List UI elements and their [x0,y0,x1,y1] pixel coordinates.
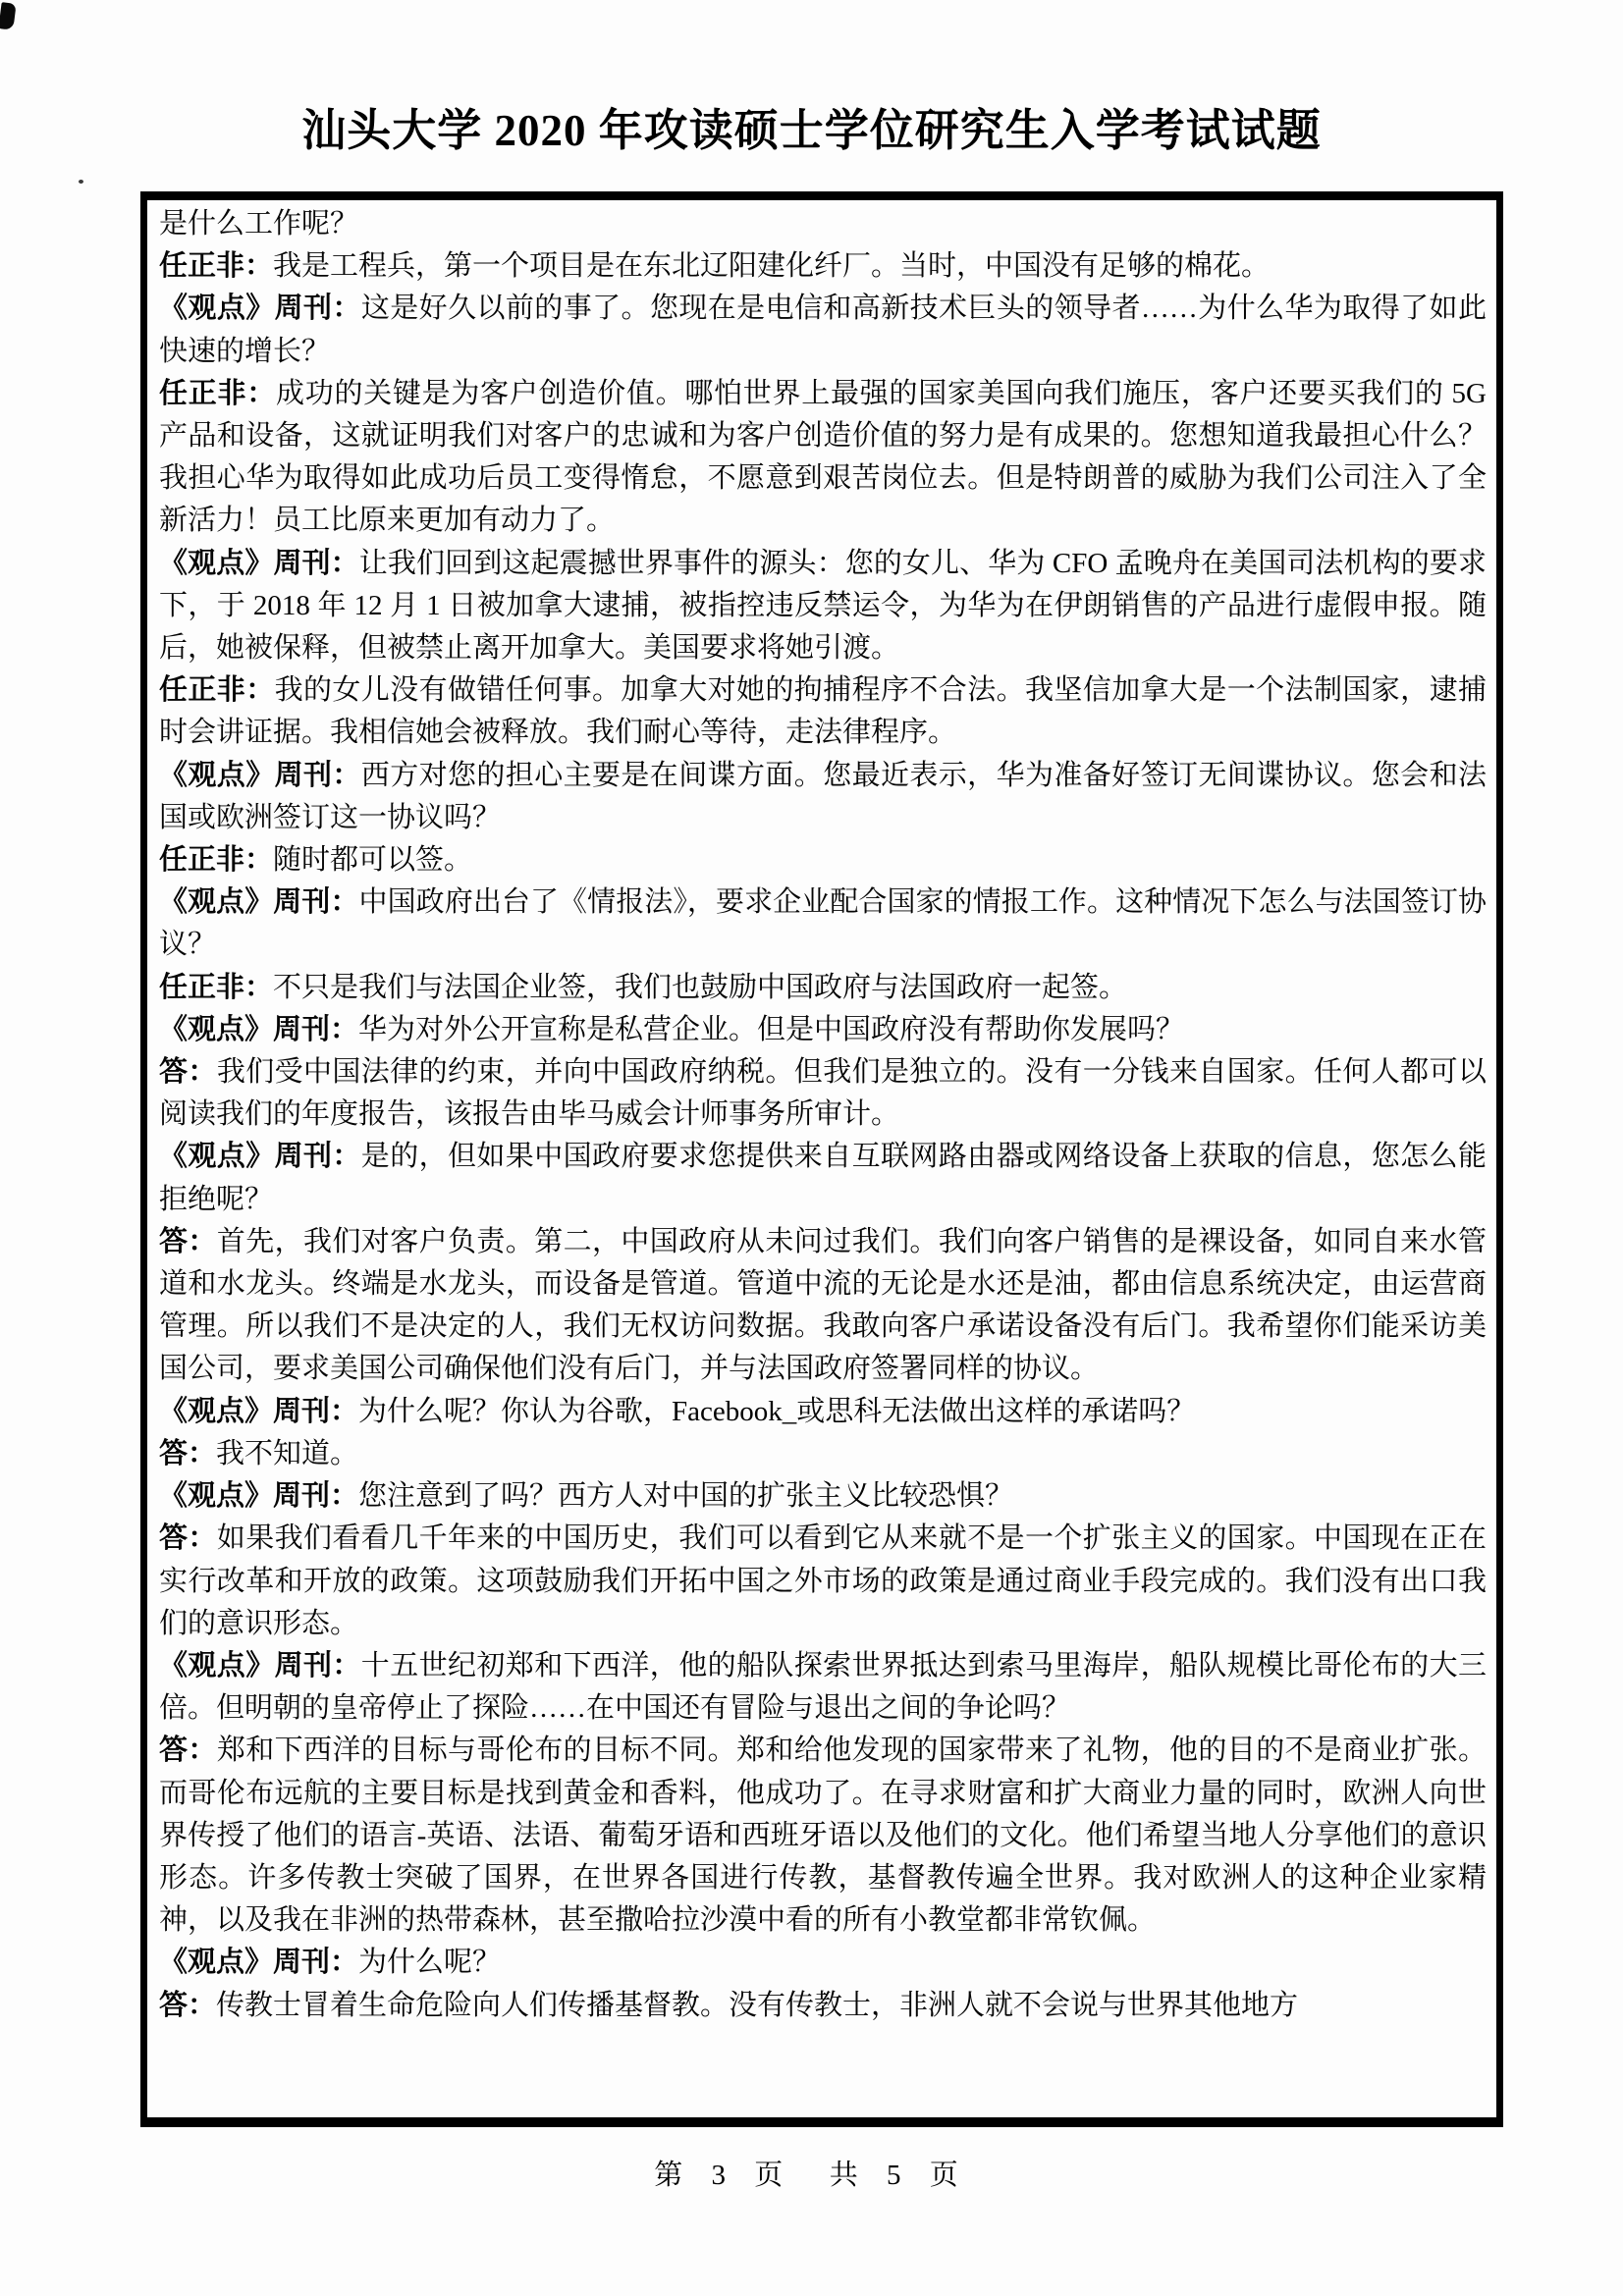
dialogue-text: 我们受中国法律的约束，并向中国政府纳税。但我们是独立的。没有一分钱来自国家。任何… [159,1056,1487,1130]
speaker-label: 答： [159,1438,216,1469]
dialogue-text: 为什么呢？ [358,1947,501,1978]
dialogue-paragraph: 答：传教士冒着生命危险向人们传播基督教。没有传教士，非洲人就不会说与世界其他地方 [159,1985,1487,2027]
dialogue-paragraph: 《观点》周刊：为什么呢？你认为谷歌，Facebook_或思科无法做出这样的承诺吗… [159,1391,1487,1433]
speaker-label: 《观点》周刊： [159,548,359,579]
speaker-label: 《观点》周刊： [159,886,359,918]
speaker-label: 《观点》周刊： [159,1947,358,1978]
dialogue-text: 传教士冒着生命危险向人们传播基督教。没有传教士，非洲人就不会说与世界其他地方 [216,1990,1298,2021]
speaker-label: 《观点》周刊： [159,1014,358,1045]
dialogue-paragraph: 任正非：成功的关键是为客户创造价值。哪怕世界上最强的国家美国向我们施压，客户还要… [159,373,1487,543]
scan-artifact-corner-blob [0,2,17,30]
dialogue-paragraph: 《观点》周刊：让我们回到这起震撼世界事件的源头：您的女儿、华为 CFO 孟晚舟在… [159,543,1487,670]
dialogue-paragraph: 《观点》周刊：西方对您的担心主要是在间谍方面。您最近表示，华为准备好签订无间谍协… [159,755,1487,839]
scan-artifact-speck [79,180,83,184]
dialogue-text: 我的女儿没有做错任何事。加拿大对她的拘捕程序不合法。我坚信加拿大是一个法制国家，… [159,674,1487,748]
dialogue-paragraph: 是什么工作呢？ [159,203,1487,245]
dialogue-paragraph: 《观点》周刊：中国政府出台了《情报法》，要求企业配合国家的情报工作。这种情况下怎… [159,881,1487,966]
dialogue-paragraph: 《观点》周刊：您注意到了吗？西方人对中国的扩张主义比较恐惧？ [159,1475,1487,1518]
dialogue-text: 为什么呢？你认为谷歌，Facebook_或思科无法做出这样的承诺吗？ [358,1396,1195,1427]
dialogue-container: 是什么工作呢？任正非：我是工程兵，第一个项目是在东北辽阳建化纤厂。当时，中国没有… [159,203,1487,2027]
dialogue-text: 华为对外公开宣称是私营企业。但是中国政府没有帮助你发展吗？ [358,1014,1184,1045]
dialogue-text: 中国政府出台了《情报法》，要求企业配合国家的情报工作。这种情况下怎么与法国签订协… [159,886,1487,960]
dialogue-paragraph: 答：首先，我们对客户负责。第二，中国政府从未问过我们。我们向客户销售的是裸设备，… [159,1221,1487,1391]
dialogue-paragraph: 答：我们受中国法律的约束，并向中国政府纳税。但我们是独立的。没有一分钱来自国家。… [159,1051,1487,1136]
speaker-label: 《观点》周刊： [159,1480,358,1512]
dialogue-text: 成功的关键是为客户创造价值。哪怕世界上最强的国家美国向我们施压，客户还要买我们的… [159,378,1487,537]
speaker-label: 任正非： [159,674,275,706]
dialogue-paragraph: 任正非：随时都可以签。 [159,839,1487,881]
dialogue-text: 不只是我们与法国企业签，我们也鼓励中国政府与法国政府一起签。 [273,972,1127,1003]
speaker-label: 《观点》周刊： [159,293,361,324]
dialogue-text: 我是工程兵，第一个项目是在东北辽阳建化纤厂。当时，中国没有足够的棉花。 [273,250,1270,282]
speaker-label: 《观点》周刊： [159,760,361,791]
speaker-label: 答： [159,1735,217,1766]
speaker-label: 答： [159,1056,217,1088]
speaker-label: 答： [159,1522,217,1554]
speaker-label: 答： [159,1226,217,1257]
dialogue-text: 我不知道。 [216,1438,358,1469]
dialogue-text: 随时都可以签。 [273,844,472,876]
dialogue-paragraph: 《观点》周刊：为什么呢？ [159,1942,1487,1984]
dialogue-text: 首先，我们对客户负责。第二，中国政府从未问过我们。我们向客户销售的是裸设备，如同… [159,1226,1487,1385]
speaker-label: 任正非： [159,378,276,409]
dialogue-paragraph: 答：如果我们看看几千年来的中国历史，我们可以看到它从来就不是一个扩张主义的国家。… [159,1518,1487,1645]
dialogue-text: 郑和下西洋的目标与哥伦布的目标不同。郑和给他发现的国家带来了礼物，他的目的不是商… [159,1735,1487,1936]
exam-content-box: 是什么工作呢？任正非：我是工程兵，第一个项目是在东北辽阳建化纤厂。当时，中国没有… [140,191,1503,2127]
dialogue-paragraph: 《观点》周刊：这是好久以前的事了。您现在是电信和高新技术巨头的领导者……为什么华… [159,288,1487,372]
dialogue-paragraph: 《观点》周刊：十五世纪初郑和下西洋，他的船队探索世界抵达到索马里海岸，船队规模比… [159,1645,1487,1730]
speaker-label: 《观点》周刊： [159,1650,361,1682]
dialogue-text: 您注意到了吗？西方人对中国的扩张主义比较恐惧？ [358,1480,1013,1512]
dialogue-paragraph: 任正非：不只是我们与法国企业签，我们也鼓励中国政府与法国政府一起签。 [159,967,1487,1009]
dialogue-paragraph: 《观点》周刊：华为对外公开宣称是私营企业。但是中国政府没有帮助你发展吗？ [159,1009,1487,1051]
dialogue-paragraph: 答：我不知道。 [159,1433,1487,1475]
dialogue-paragraph: 任正非：我的女儿没有做错任何事。加拿大对她的拘捕程序不合法。我坚信加拿大是一个法… [159,669,1487,754]
dialogue-paragraph: 答：郑和下西洋的目标与哥伦布的目标不同。郑和给他发现的国家带来了礼物，他的目的不… [159,1730,1487,1942]
dialogue-paragraph: 《观点》周刊：是的，但如果中国政府要求您提供来自互联网路由器或网络设备上获取的信… [159,1136,1487,1220]
speaker-label: 《观点》周刊： [159,1396,358,1427]
speaker-label: 《观点》周刊： [159,1141,361,1172]
speaker-label: 答： [159,1990,216,2021]
speaker-label: 任正非： [159,844,273,876]
dialogue-text: 是什么工作呢？ [159,208,358,240]
dialogue-paragraph: 任正非：我是工程兵，第一个项目是在东北辽阳建化纤厂。当时，中国没有足够的棉花。 [159,245,1487,288]
speaker-label: 任正非： [159,972,273,1003]
dialogue-text: 如果我们看看几千年来的中国历史，我们可以看到它从来就不是一个扩张主义的国家。中国… [159,1522,1487,1638]
page-title: 汕头大学 2020 年攻读硕士学位研究生入学考试试题 [0,94,1623,158]
speaker-label: 任正非： [159,250,273,282]
page-footer: 第 3 页 共 5 页 [0,2153,1623,2193]
